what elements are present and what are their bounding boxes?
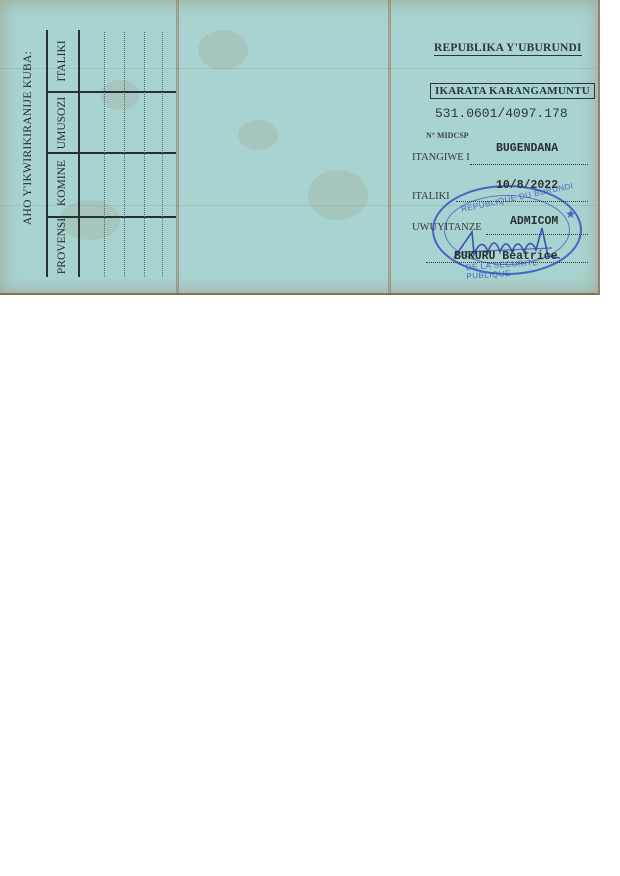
address-heading: AHO Y'IKWIRIKIRANIJE KUBA: (22, 18, 34, 258)
address-panel: AHO Y'IKWIRIKIRANIJE KUBA: PROVENSI KOMI… (0, 0, 178, 293)
id-number: 531.0601/4097.178 (435, 106, 568, 121)
registry-label: N° MIDCSP (426, 131, 469, 140)
field-value-issuer-name: BUKURU Béatrice (454, 250, 558, 263)
field-label-issuer: UWUYITANZE (412, 222, 482, 233)
field-label-issued-at: ITANGIWE I (412, 152, 470, 163)
field-label-date: ITALIKI (412, 191, 450, 202)
blank-panel (178, 0, 390, 293)
column-komine: KOMINE (56, 148, 68, 218)
column-italiki: ITALIKI (56, 26, 68, 96)
star-icon: ★ (565, 207, 576, 222)
card-title: IKARATA KARANGAMUNTU (430, 83, 595, 99)
id-card: AHO Y'IKWIRIKIRANIJE KUBA: PROVENSI KOMI… (0, 0, 600, 295)
identity-panel: REPUBLIKA Y'UBURUNDI IKARATA KARANGAMUNT… (390, 0, 598, 293)
field-value-issued-at: BUGENDANA (496, 142, 558, 155)
column-provensi: PROVENSI (56, 211, 68, 281)
field-value-issuer: ADMICOM (510, 215, 558, 228)
country-title: REPUBLIKA Y'UBURUNDI (434, 42, 582, 56)
field-value-date: 10/8/2022 (496, 179, 558, 192)
column-umusozi: UMUSOZI (56, 88, 68, 158)
